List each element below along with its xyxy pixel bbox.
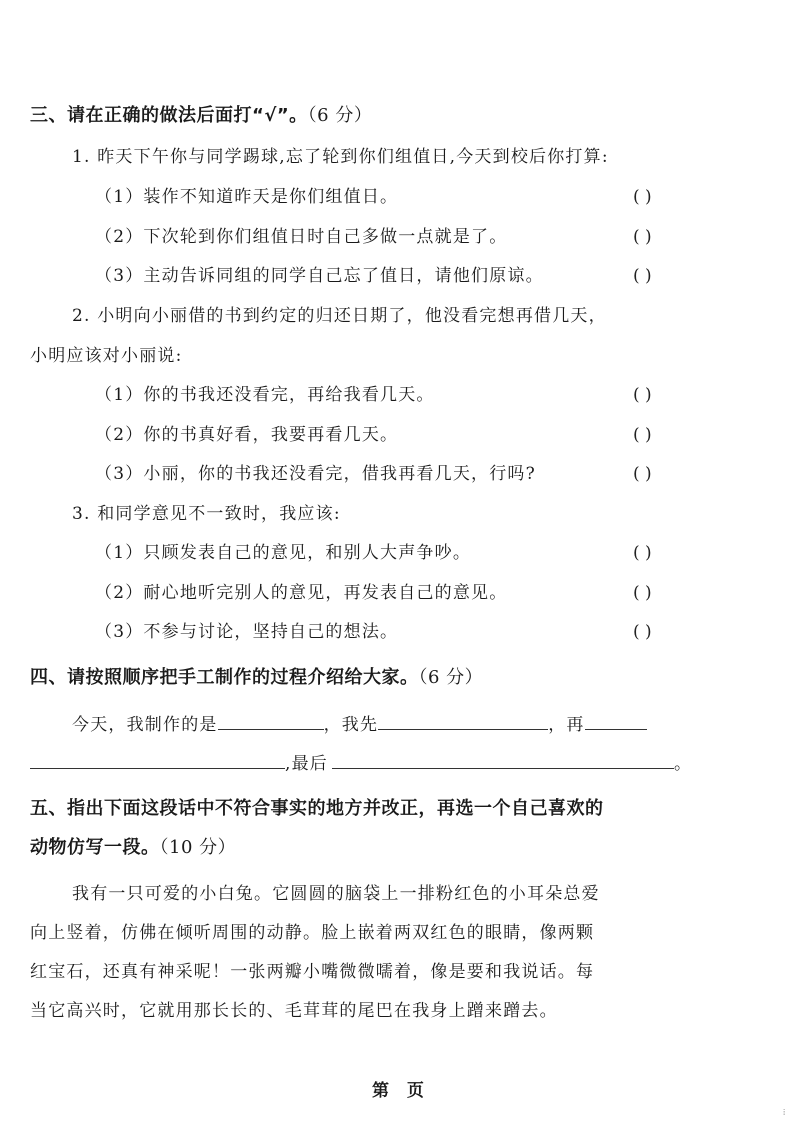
question-2-stem: 2. 小明向小丽借的书到约定的归还日期了，他没看完想再借几天， [72, 304, 607, 328]
q3-option-1-answer-box[interactable]: ( ) [633, 541, 652, 565]
section-3-title: 三、请在正确的做法后面打“√”。（6 分） [30, 104, 372, 128]
blank-then-step-start[interactable] [585, 711, 647, 730]
q1-option-3-answer-box[interactable]: ( ) [633, 264, 652, 288]
q2-option-2: （2）你的书真好看，我要再看几天。 [95, 423, 398, 447]
section-5-title-line-2: 动物仿写一段。（10 分） [30, 836, 236, 860]
q2-option-3-answer-box[interactable]: ( ) [633, 462, 652, 486]
section-4-title: 四、请按照顺序把手工制作的过程介绍给大家。（6 分） [30, 666, 483, 690]
fill-text-2: ，我先 [324, 715, 379, 735]
q2-option-1: （1）你的书我还没看完，再给我看几天。 [95, 383, 435, 407]
page-number-label: 第 页 [372, 1076, 430, 1101]
passage-line-1: 我有一只可爱的小白兔。它圆圆的脑袋上一排粉红色的小耳朵总爱 [72, 882, 600, 906]
q3-option-3-answer-box[interactable]: ( ) [633, 620, 652, 644]
fill-text-1: 今天，我制作的是 [72, 715, 218, 735]
fill-text-4: ,最后 [285, 754, 328, 774]
edge-mark: ⁞ [783, 1108, 785, 1117]
passage-line-3: 红宝石，还真有神采呢！一张两瓣小嘴微微嚅着，像是要和我说话。每 [30, 960, 594, 984]
section-4-title-text: 四、请按照顺序把手工制作的过程介绍给大家。 [30, 667, 419, 688]
fill-text-5: 。 [674, 754, 692, 774]
section-4-fill-line-1: 今天，我制作的是，我先，再 [72, 711, 647, 737]
q1-option-1-answer-box[interactable]: ( ) [633, 185, 652, 209]
q2-option-2-answer-box[interactable]: ( ) [633, 423, 652, 447]
section-3-score: （6 分） [308, 105, 373, 126]
blank-last-step[interactable] [332, 750, 674, 769]
blank-item-made[interactable] [218, 711, 324, 730]
section-3-title-text: 三、请在正确的做法后面打“√”。 [30, 105, 308, 126]
blank-first-step[interactable] [378, 711, 548, 730]
passage-line-4: 当它高兴时，它就用那长长的、毛茸茸的尾巴在我身上蹭来蹭去。 [30, 999, 558, 1023]
section-4-score: （6 分） [419, 667, 484, 688]
fill-text-3: ，再 [548, 715, 584, 735]
section-5-score: （10 分） [160, 837, 237, 858]
q3-option-2: （2）耐心地听完别人的意见，再发表自己的意见。 [95, 581, 507, 605]
q3-option-3: （3）不参与讨论，坚持自己的想法。 [95, 620, 398, 644]
q1-option-1: （1）装作不知道昨天是你们组值日。 [95, 185, 398, 209]
section-4-fill-line-2: ,最后。 [30, 750, 692, 776]
question-2-stem-cont: 小明应该对小丽说: [30, 344, 183, 368]
passage-line-2: 向上竖着，仿佛在倾听周围的动静。脸上嵌着两双红色的眼睛，像两颗 [30, 921, 594, 945]
q3-option-1: （1）只顾发表自己的意见，和别人大声争吵。 [95, 541, 471, 565]
q1-option-2: （2）下次轮到你们组值日时自己多做一点就是了。 [95, 225, 507, 249]
question-3-stem: 3. 和同学意见不一致时，我应该: [72, 502, 341, 526]
q2-option-1-answer-box[interactable]: ( ) [633, 383, 652, 407]
blank-then-step-cont[interactable] [30, 750, 285, 769]
q2-option-3: （3）小丽，你的书我还没看完，借我再看几天，行吗? [95, 462, 536, 486]
q3-option-2-answer-box[interactable]: ( ) [633, 581, 652, 605]
q1-option-2-answer-box[interactable]: ( ) [633, 225, 652, 249]
section-5-title-line-1: 五、指出下面这段话中不符合事实的地方并改正，再选一个自己喜欢的 [30, 797, 604, 821]
q1-option-3: （3）主动告诉同组的同学自己忘了值日，请他们原谅。 [95, 264, 544, 288]
question-1-stem: 1. 昨天下午你与同学踢球,忘了轮到你们组值日,今天到校后你打算: [72, 145, 609, 169]
section-5-title-text: 动物仿写一段。 [30, 837, 160, 858]
